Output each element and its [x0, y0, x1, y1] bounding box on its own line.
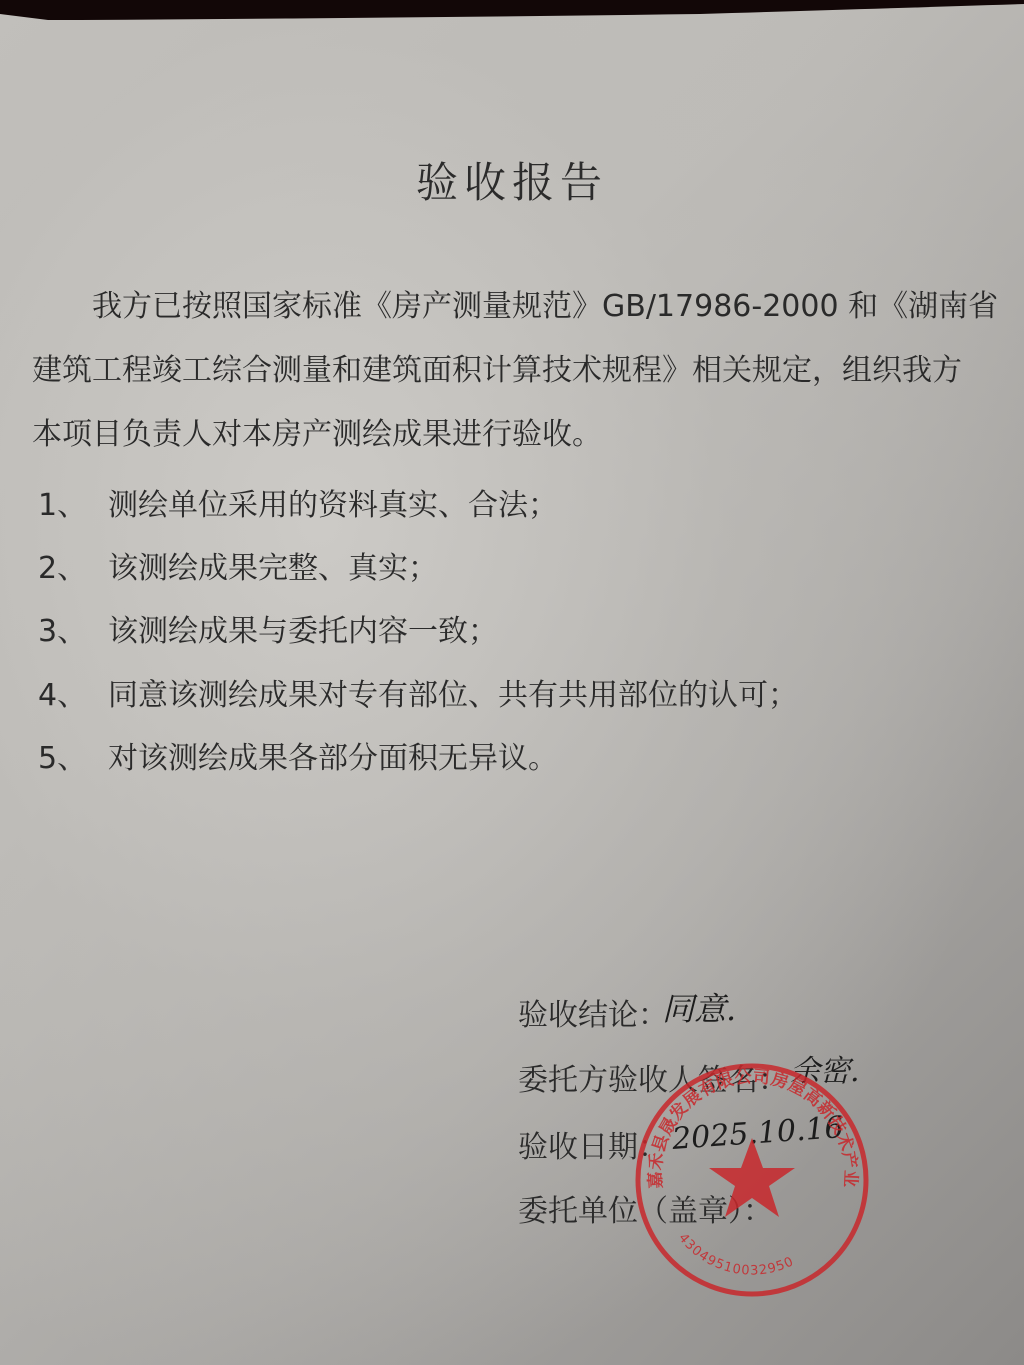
list-item-number: 3、 — [38, 606, 108, 650]
list-item-number: 1、 — [38, 480, 108, 524]
list-item-text: 同意该测绘成果对专有部位、共有共用部位的认可； — [108, 678, 798, 713]
list-item: 5、对该测绘成果各部分面积无异议。 — [38, 733, 558, 777]
svg-text:43049510032950: 43049510032950 — [675, 1231, 796, 1279]
top-shadow-band — [0, 0, 1024, 40]
intro-line-3: 本项目负责人对本房产测绘成果进行验收。 — [32, 403, 972, 467]
stamp-number: 43049510032950 — [675, 1231, 796, 1279]
list-item-number: 4、 — [38, 670, 108, 714]
list-item-text: 该测绘成果与委托内容一致； — [108, 614, 498, 649]
conclusion-label: 验收结论： — [518, 990, 668, 1034]
list-item-text: 测绘单位采用的资料真实、合法； — [108, 488, 558, 523]
intro-line-1: 我方已按照国家标准《房产测量规范》GB/17986-2000 和《湖南省 — [32, 275, 972, 339]
intro-line-2: 建筑工程竣工综合测量和建筑面积计算技术规程》相关规定，组织我方 — [32, 339, 972, 403]
list-item-number: 5、 — [38, 733, 108, 777]
intro-paragraph: 我方已按照国家标准《房产测量规范》GB/17986-2000 和《湖南省 建筑工… — [32, 275, 972, 467]
list-item: 3、该测绘成果与委托内容一致； — [38, 606, 498, 650]
list-item: 1、测绘单位采用的资料真实、合法； — [38, 480, 558, 524]
list-item-text: 对该测绘成果各部分面积无异议。 — [108, 741, 558, 776]
list-item-text: 该测绘成果完整、真实； — [108, 551, 438, 586]
list-item-number: 2、 — [38, 543, 108, 587]
list-item: 2、该测绘成果完整、真实； — [38, 543, 438, 587]
document-title: 验收报告 — [0, 150, 1024, 210]
company-seal-stamp: 嘉禾县晟发展有限公司房屋高新技术产业开发区分公司 43049510032950 — [632, 1060, 872, 1300]
list-item: 4、同意该测绘成果对专有部位、共有共用部位的认可； — [38, 670, 798, 714]
conclusion-handwritten: 同意. — [662, 984, 736, 1030]
stamp-star-icon — [709, 1138, 795, 1217]
